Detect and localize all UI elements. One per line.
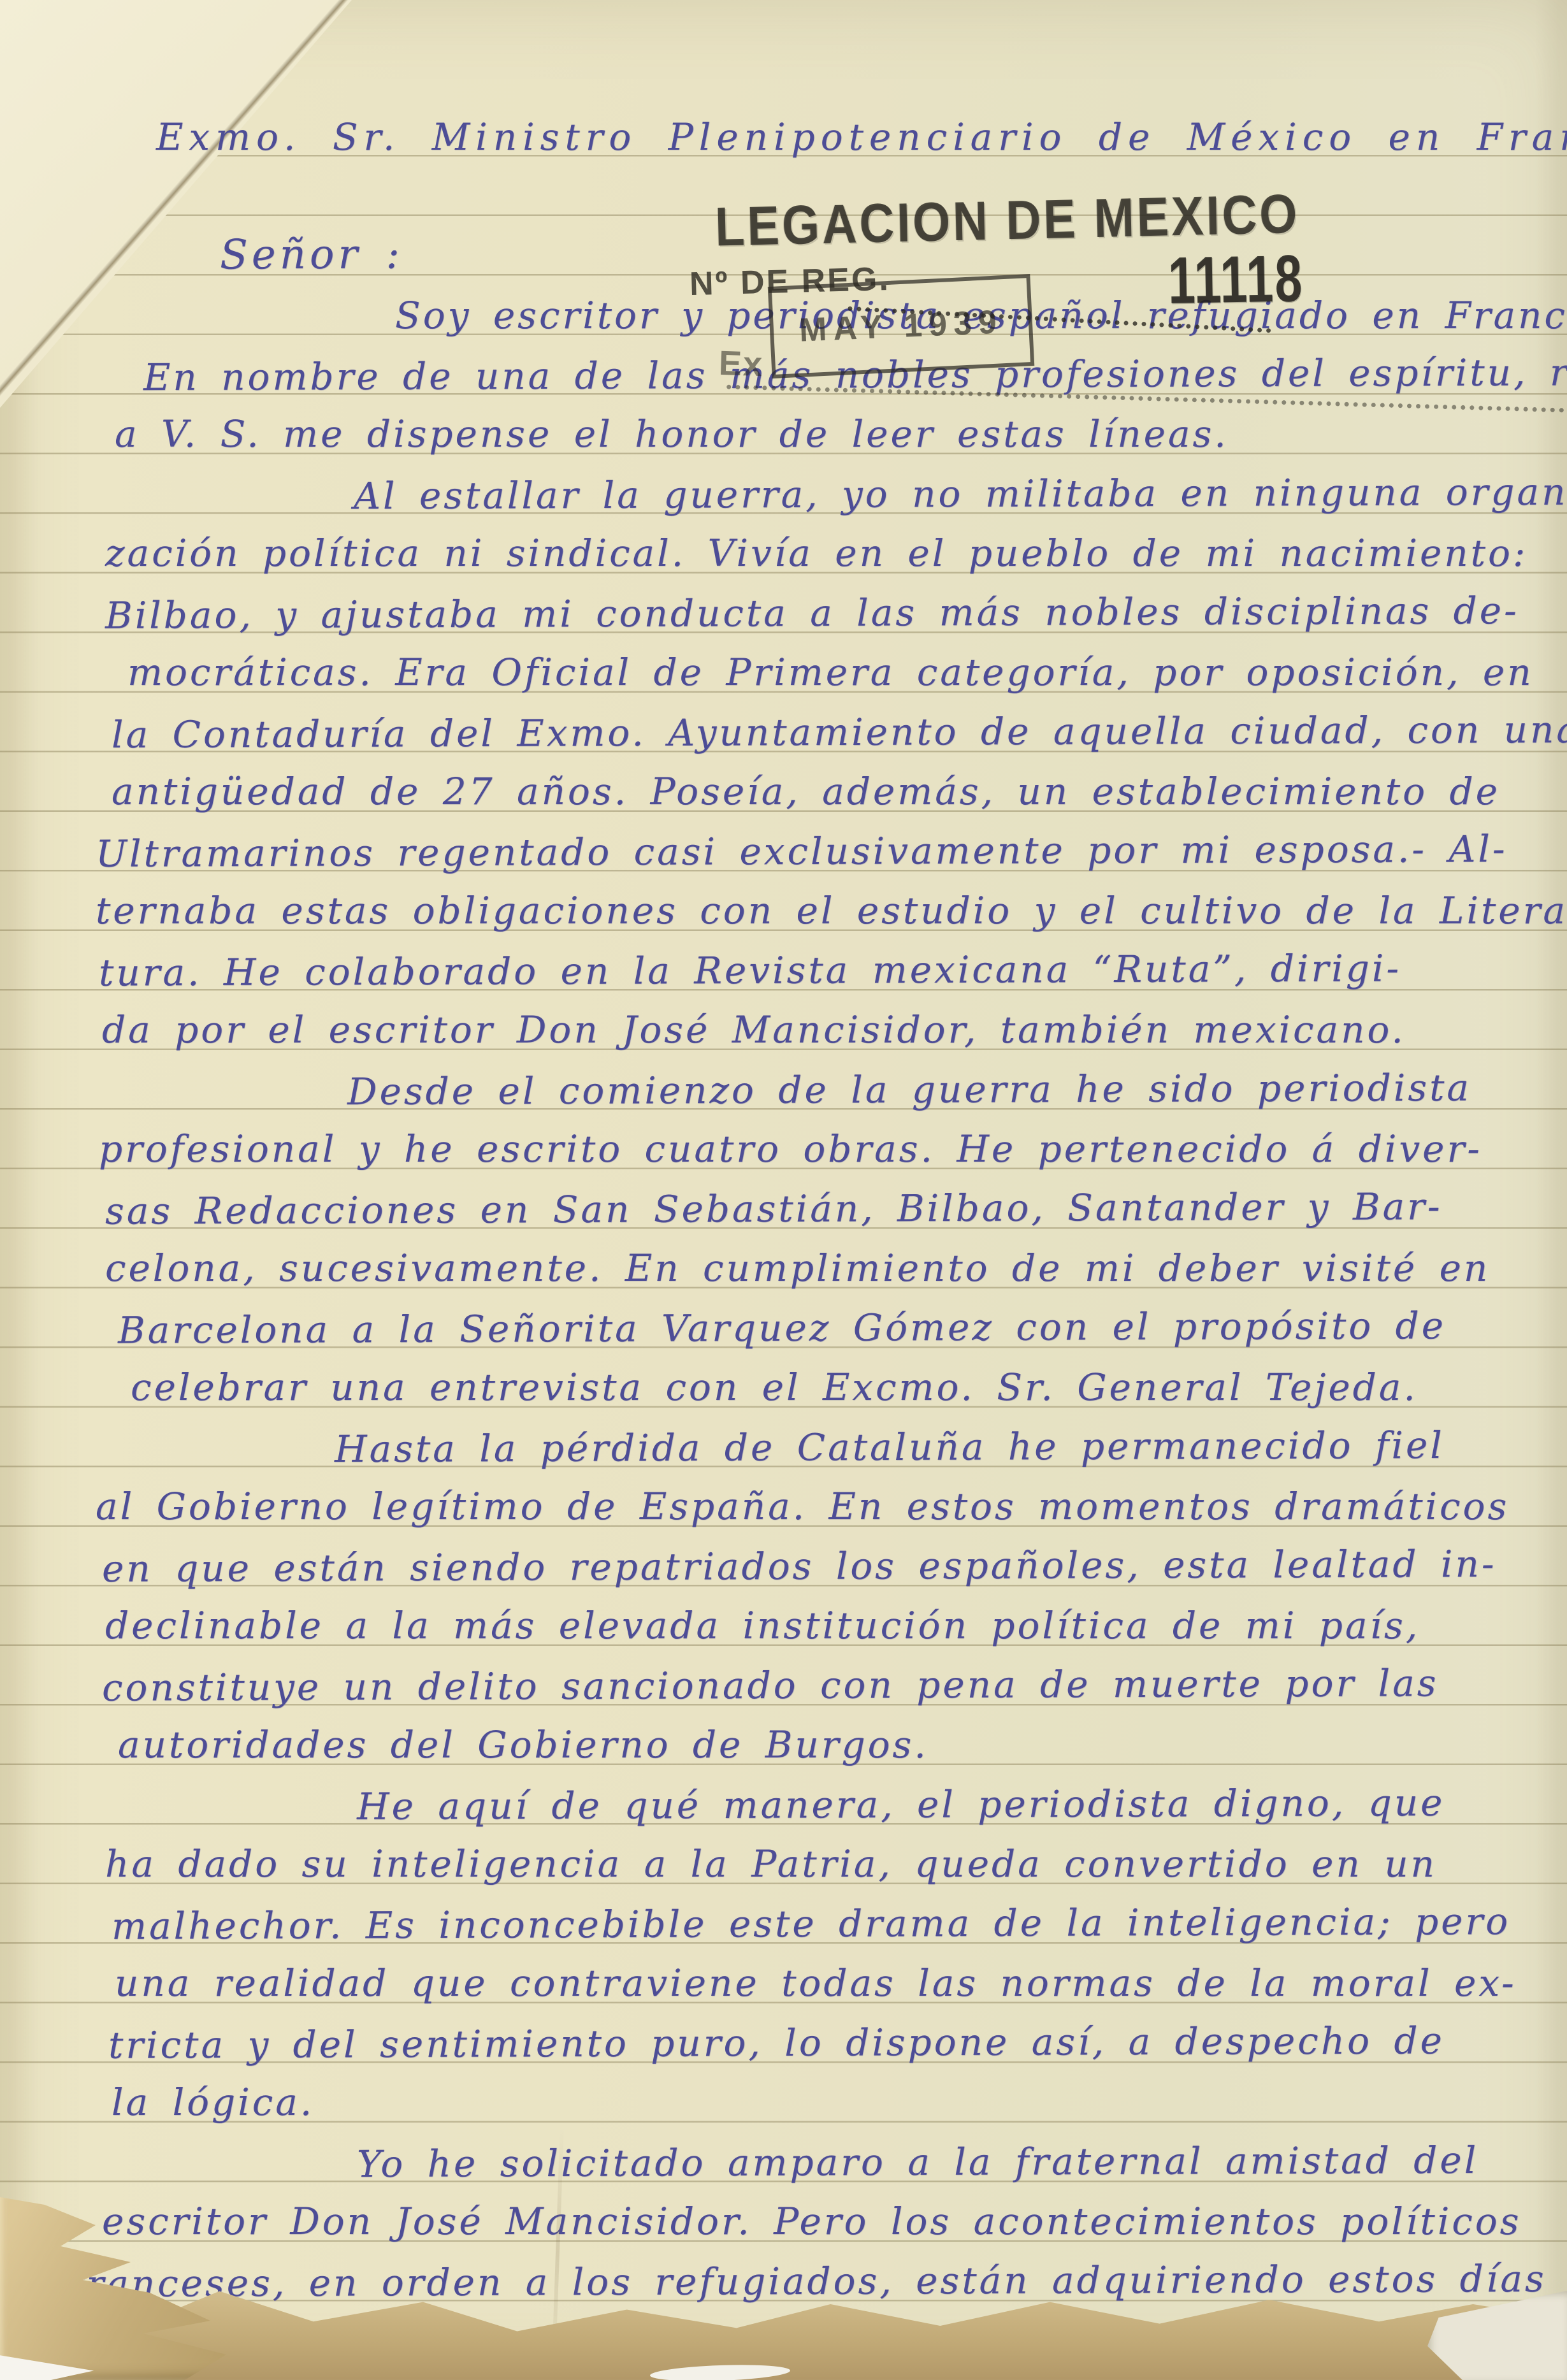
registry-number-stamp: 11118 <box>1167 241 1304 319</box>
handwritten-line: Barcelona a la Señorita Varquez Gómez co… <box>118 1307 1446 1348</box>
handwritten-line: da por el escritor Don José Mancisidor, … <box>102 1011 1406 1048</box>
letter-heading: Exmo. Sr. Ministro Plenipotenciario de M… <box>156 119 1567 155</box>
handwritten-line: declinable a la más elevada institución … <box>105 1607 1420 1644</box>
handwritten-line: malhechor. Es inconcebible este drama de… <box>112 1903 1510 1945</box>
handwritten-line: Yo he solicitado amparo a la fraternal a… <box>357 2142 1478 2182</box>
handwritten-line: Hasta la pérdida de Cataluña he permanec… <box>335 1427 1445 1468</box>
handwritten-line: al Gobierno legítimo de España. En estos… <box>96 1488 1509 1525</box>
handwritten-line: Al estallar la guerra, yo no militaba en… <box>354 473 1567 515</box>
handwritten-line: ha dado su inteligencia a la Patria, que… <box>105 1845 1437 1882</box>
handwritten-line: en que están siendo repatriados los espa… <box>102 1545 1497 1587</box>
handwritten-line: la lógica. <box>112 2084 314 2121</box>
handwritten-line: Desde el comienzo de la guerra he sido p… <box>347 1069 1471 1110</box>
handwritten-line: zación política ni sindical. Vivía en el… <box>105 535 1527 572</box>
handwritten-line: franceses, en orden a los refugiados, es… <box>70 2260 1547 2302</box>
handwritten-line: una realidad que contraviene todas las n… <box>115 1965 1517 2001</box>
handwritten-line: Ultramarinos regentado casi exclusivamen… <box>96 830 1508 872</box>
handwritten-line: constituye un delito sancionado con pena… <box>102 1664 1439 1706</box>
letter-salutation: Señor : <box>220 234 403 275</box>
date-stamp-text: MAY 1939 <box>798 303 1004 349</box>
handwritten-line: sas Redacciones en San Sebastián, Bilbao… <box>105 1188 1443 1229</box>
fold-crease <box>0 0 352 410</box>
handwritten-line: autoridades del Gobierno de Burgos. <box>118 1726 928 1763</box>
handwritten-line: escritor Don José Mancisidor. Pero los a… <box>102 2203 1521 2240</box>
partial-stamp-impression: Ex <box>718 343 764 384</box>
handwritten-line: profesional y he escrito cuatro obras. H… <box>99 1130 1482 1167</box>
handwritten-line: mocráticas. Era Oficial de Primera categ… <box>127 654 1534 691</box>
date-stamp-box: MAY 1939 <box>768 274 1035 379</box>
letter-page: Exmo. Sr. Ministro Plenipotenciario de M… <box>0 0 1567 2380</box>
handwritten-line: tura. He colaborado en la Revista mexica… <box>99 949 1401 991</box>
handwritten-line: He aquí de qué manera, el periodista dig… <box>357 1784 1445 1825</box>
handwritten-line: la Contaduría del Exmo. Ayuntamiento de … <box>112 711 1567 753</box>
handwritten-line: Bilbao, y ajustaba mi conducta a las más… <box>105 592 1519 634</box>
handwritten-line: tricta y del sentimiento puro, lo dispon… <box>108 2022 1445 2063</box>
handwritten-line: ternaba estas obligaciones con el estudi… <box>96 892 1567 929</box>
handwritten-line: celona, sucesivamente. En cumplimiento d… <box>105 1250 1490 1287</box>
handwritten-line: a V. S. me dispense el honor de leer est… <box>115 415 1229 452</box>
handwritten-line: celebrar una entrevista con el Excmo. Sr… <box>131 1369 1418 1406</box>
handwritten-line: antigüedad de 27 años. Poseía, además, u… <box>112 773 1500 810</box>
